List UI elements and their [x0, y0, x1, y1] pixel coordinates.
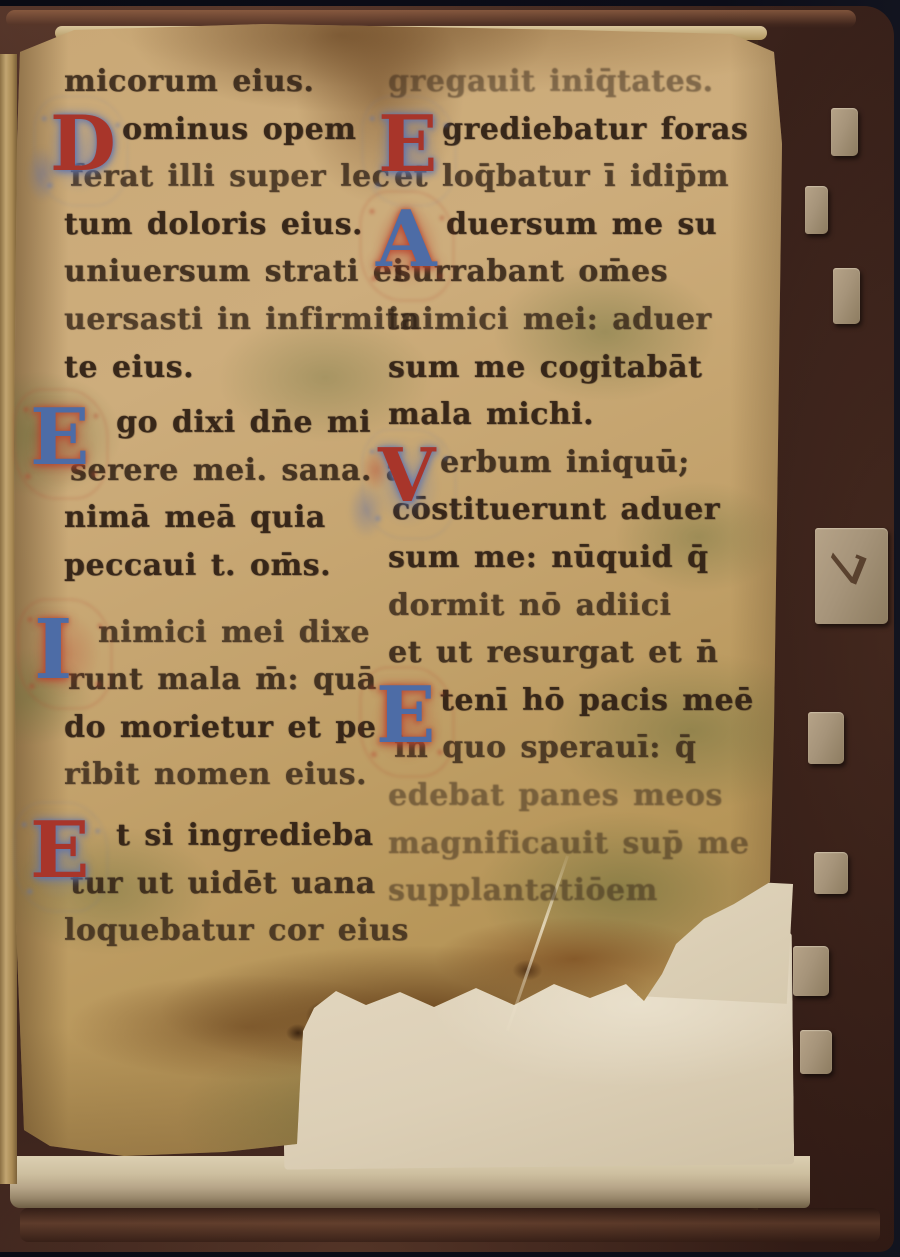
line-text: dormit nō adiici: [388, 588, 671, 623]
index-tab: [808, 712, 844, 764]
line-text: erbum iniquū;: [440, 445, 690, 480]
line-text: micorum eius.: [64, 64, 314, 99]
line-text: grediebatur foras: [442, 112, 748, 147]
manuscript-line: serere mei. sana. a: [64, 453, 366, 501]
manuscript-line: loquebatur cor eius: [64, 913, 366, 961]
line-text: loquebatur cor eius: [64, 913, 409, 948]
line-text: nimā meā quia: [64, 500, 326, 535]
line-text: do morietur et pe: [64, 710, 376, 745]
manuscript-line: nimā meā quia: [64, 500, 366, 548]
line-text: supplantatiōem: [388, 873, 658, 908]
illuminated-initial: V: [378, 439, 435, 513]
index-tab: [814, 852, 848, 894]
illuminated-initial: A: [376, 201, 437, 279]
manuscript-line: Dominus opem: [64, 112, 366, 160]
tab-number-label: 7: [813, 538, 877, 592]
line-text: duersum me su: [446, 207, 717, 242]
manuscript-line: Et si ingredieba: [64, 818, 366, 866]
line-text: tenī hō pacis meē: [440, 683, 754, 718]
manuscript-line: Ego dixi dn̄e mi: [64, 405, 366, 453]
line-text: tum doloris eius.: [64, 207, 363, 242]
manuscript-line: do morietur et pe: [64, 710, 366, 758]
manuscript-line: et ut resurgat et n̄: [388, 635, 718, 683]
index-tab-numbered: 7: [815, 528, 888, 624]
index-tab: [793, 946, 829, 996]
line-text: nimici mei dixe: [98, 615, 370, 650]
manuscript-line: uniuersum strati ei: [64, 254, 366, 302]
manuscript-line: tum doloris eius.: [64, 207, 366, 255]
manuscript-line: Inimici mei dixe: [64, 615, 366, 663]
manuscript-photograph: micorum eius.Dominus opemferat illi supe…: [0, 0, 900, 1257]
illuminated-initial: E: [30, 399, 89, 477]
manuscript-line: sum me cogitabāt: [388, 350, 718, 398]
manuscript-line: Verbum iniquū;: [388, 445, 718, 493]
line-text: te eius.: [64, 350, 194, 385]
manuscript-line: tur ut uidēt uana: [64, 866, 366, 914]
illuminated-initial: E: [30, 812, 89, 890]
line-text: uniuersum strati ei: [64, 254, 404, 289]
leather-bottom-highlight: [20, 1208, 880, 1242]
index-tab: [805, 186, 828, 234]
line-text: ominus opem: [122, 112, 356, 147]
manuscript-line: Egrediebatur foras: [388, 112, 718, 160]
line-text: serere mei. sana. a: [70, 453, 406, 488]
line-text: tur ut uidēt uana: [70, 866, 376, 901]
illuminated-initial: E: [376, 677, 435, 755]
line-text: go dixi dn̄e mi: [116, 405, 371, 440]
manuscript-line: edebat panes meos: [388, 778, 718, 826]
line-text: mala michi.: [388, 397, 594, 432]
line-text: gregauit iniq̄tates.: [388, 64, 713, 99]
line-text: sum me: nūquid q̄: [388, 540, 708, 575]
manuscript-line: dormit nō adiici: [388, 588, 718, 636]
line-text: runt mala m̄: quā: [68, 662, 377, 697]
text-column-left: micorum eius.Dominus opemferat illi supe…: [64, 64, 366, 961]
manuscript-line: Aduersum me su: [388, 207, 718, 255]
manuscript-line: supplantatiōem: [388, 873, 718, 921]
index-tab: [800, 1030, 832, 1074]
manuscript-line: magnificauit sup̄ me: [388, 826, 718, 874]
line-text: inimici mei: aduer: [388, 302, 712, 337]
manuscript-line: te eius.: [64, 350, 366, 398]
manuscript-line: peccaui t. om̄s.: [64, 548, 366, 596]
manuscript-line: uersasti in infirmita: [64, 302, 366, 350]
line-text: peccaui t. om̄s.: [64, 548, 331, 583]
line-text: uersasti in infirmita: [64, 302, 420, 337]
line-text: t si ingredieba: [116, 818, 373, 853]
manuscript-line: ribit nomen eius.: [64, 757, 366, 805]
manuscript-line: sum me: nūquid q̄: [388, 540, 718, 588]
manuscript-line: inimici mei: aduer: [388, 302, 718, 350]
line-text: ribit nomen eius.: [64, 757, 367, 792]
line-text: et ut resurgat et n̄: [388, 635, 718, 670]
line-text: sum me cogitabāt: [388, 350, 702, 385]
text-column-right: gregauit iniq̄tates.Egrediebatur foraset…: [388, 64, 718, 921]
index-tab: [831, 108, 858, 156]
illuminated-initial: D: [50, 106, 116, 182]
illuminated-initial: I: [34, 609, 72, 691]
illuminated-initial: E: [378, 106, 437, 184]
line-text: edebat panes meos: [388, 778, 723, 813]
manuscript-line: Etenī hō pacis meē: [388, 683, 718, 731]
index-tab: [833, 268, 860, 324]
line-text: magnificauit sup̄ me: [388, 826, 749, 861]
gutter-page-edge: [0, 54, 17, 1184]
